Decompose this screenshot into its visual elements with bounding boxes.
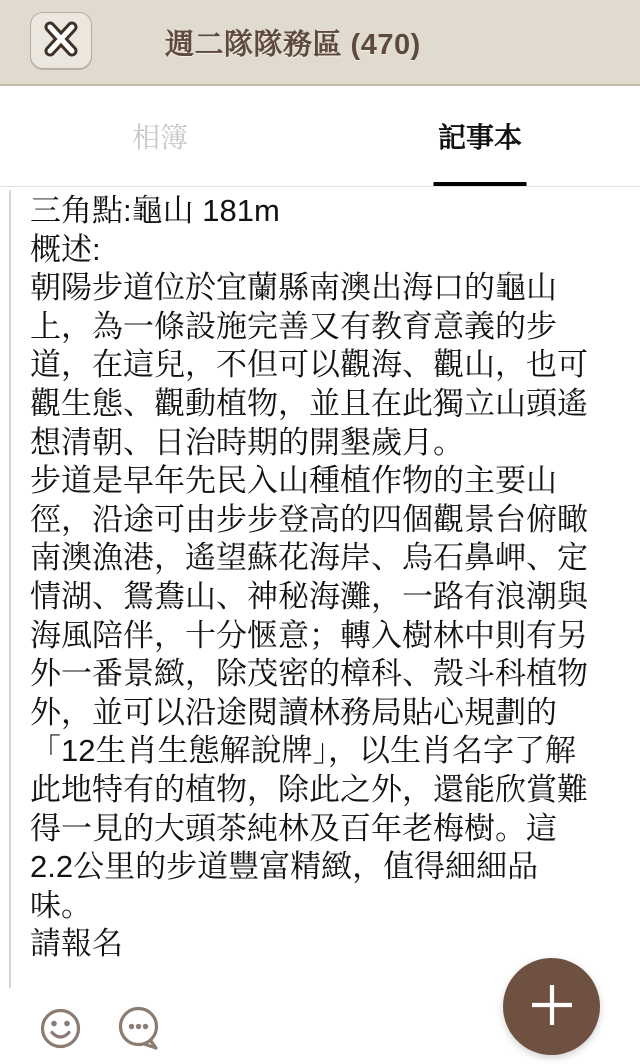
close-button[interactable] [30,12,92,69]
smiley-reaction-icon [38,1006,86,1052]
smiley-reaction-button[interactable] [38,1005,86,1053]
tab-album[interactable]: 相簿 [0,86,320,186]
reaction-row [38,1005,164,1053]
comment-bubble-icon [116,1005,164,1053]
tab-album-label: 相簿 [132,116,188,156]
tab-bar: 相簿 記事本 [0,86,640,187]
active-tab-underline [434,182,527,186]
plus-icon [528,981,576,1032]
tab-notes[interactable]: 記事本 [320,86,640,186]
header: 週二隊隊務區 (470) [0,0,640,86]
comment-button[interactable] [116,1005,164,1053]
app-screen: 週二隊隊務區 (470) 相簿 記事本 三角點:龜山 181m 概述: 朝陽步道… [0,0,640,1064]
close-x-icon [40,19,82,62]
note-text: 三角點:龜山 181m 概述: 朝陽步道位於宜蘭縣南澳出海口的龜山 上，為一條設… [30,192,618,964]
page-title: 週二隊隊務區 (470) [165,0,421,84]
scrollbar[interactable] [9,190,11,988]
note-content[interactable]: 三角點:龜山 181m 概述: 朝陽步道位於宜蘭縣南澳出海口的龜山 上，為一條設… [0,188,640,1064]
add-post-button[interactable] [503,958,600,1055]
tab-notes-label: 記事本 [438,116,522,156]
